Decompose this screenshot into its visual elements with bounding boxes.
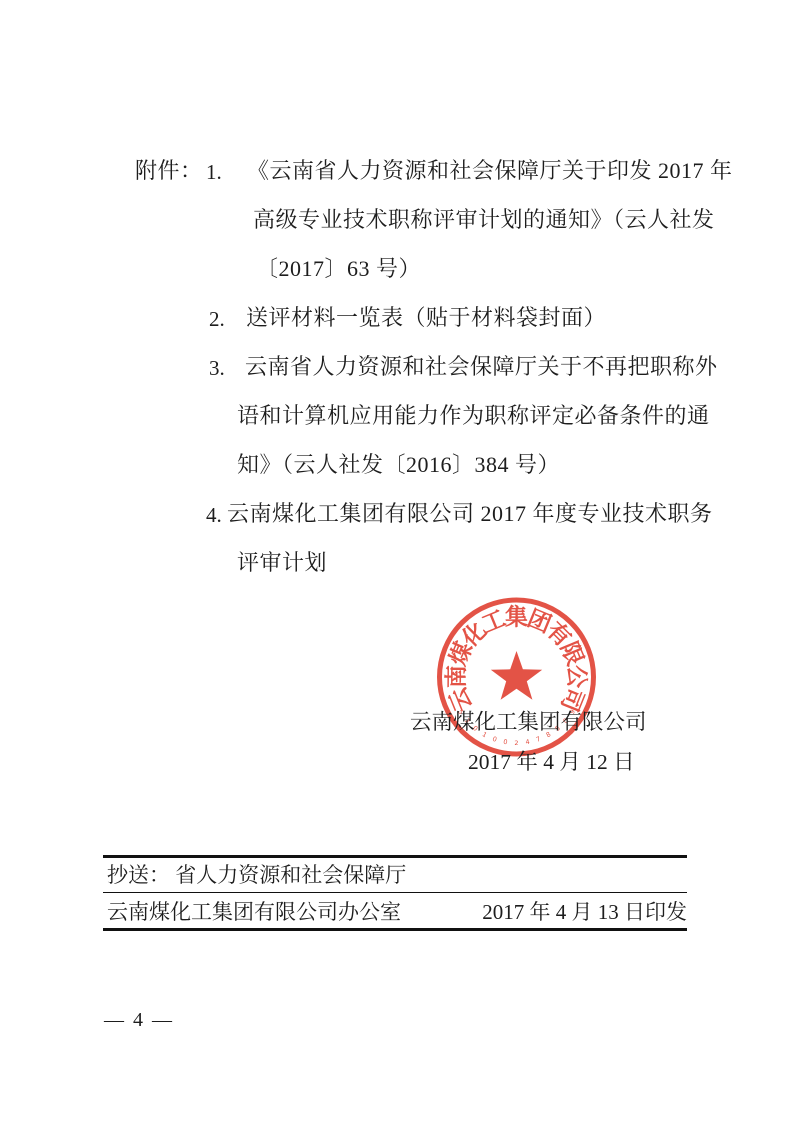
attachment-1-number: 1. [206, 162, 222, 183]
attachment-4-line-2: 评审计划 [237, 552, 327, 574]
footer-issuer: 云南煤化工集团有限公司办公室 [107, 902, 401, 923]
document-page: 附件： 1. 《云南省人力资源和社会保障厅关于印发 2017 年 高级专业技术职… [0, 0, 793, 1122]
svg-text:4: 4 [525, 738, 530, 747]
attachment-4-line-1: 云南煤化工集团有限公司 2017 年度专业技术职务 [227, 503, 713, 525]
footer-print-date: 2017 年 4 月 13 日印发 [482, 902, 687, 923]
footer-copy-line: 抄送： 省人力资源和社会保障厅 [107, 865, 406, 886]
svg-text:0: 0 [503, 738, 508, 747]
attachment-3-line-3: 知》（云人社发〔2016〕384 号） [237, 454, 560, 476]
attachment-3-number: 3. [209, 358, 225, 379]
signature-date: 2017 年 4 月 12 日 [468, 752, 635, 774]
svg-text:2: 2 [514, 739, 518, 747]
footer-rule-middle [103, 892, 687, 893]
svg-text:0: 0 [491, 735, 498, 744]
footer-rule-top [103, 855, 687, 858]
attachment-3-line-2: 语和计算机应用能力作为职称评定必备条件的通 [237, 405, 710, 427]
footer-rule-bottom [103, 928, 687, 931]
attachment-2-number: 2. [209, 309, 225, 330]
seal-svg: 云南煤化工集团有限公司 5301002478509 [428, 589, 606, 769]
attachment-1-line-1: 《云南省人力资源和社会保障厅关于印发 2017 年 [247, 160, 733, 182]
attachment-1-line-3: 〔2017〕63 号） [256, 258, 421, 280]
page-number: — 4 — [104, 1010, 174, 1030]
svg-text:7: 7 [535, 735, 542, 744]
seal-star-icon [491, 651, 542, 700]
signature-company: 云南煤化工集团有限公司 [410, 712, 647, 734]
attachments-label: 附件： [135, 160, 203, 182]
company-seal: 云南煤化工集团有限公司 5301002478509 [428, 589, 606, 769]
attachment-2-line-1: 送评材料一览表（贴于材料袋封面） [246, 307, 606, 329]
attachment-4-number: 4. [206, 505, 222, 526]
attachment-3-line-1: 云南省人力资源和社会保障厅关于不再把职称外 [245, 356, 718, 378]
attachment-1-line-2: 高级专业技术职称评审计划的通知》（云人社发 [253, 209, 715, 231]
